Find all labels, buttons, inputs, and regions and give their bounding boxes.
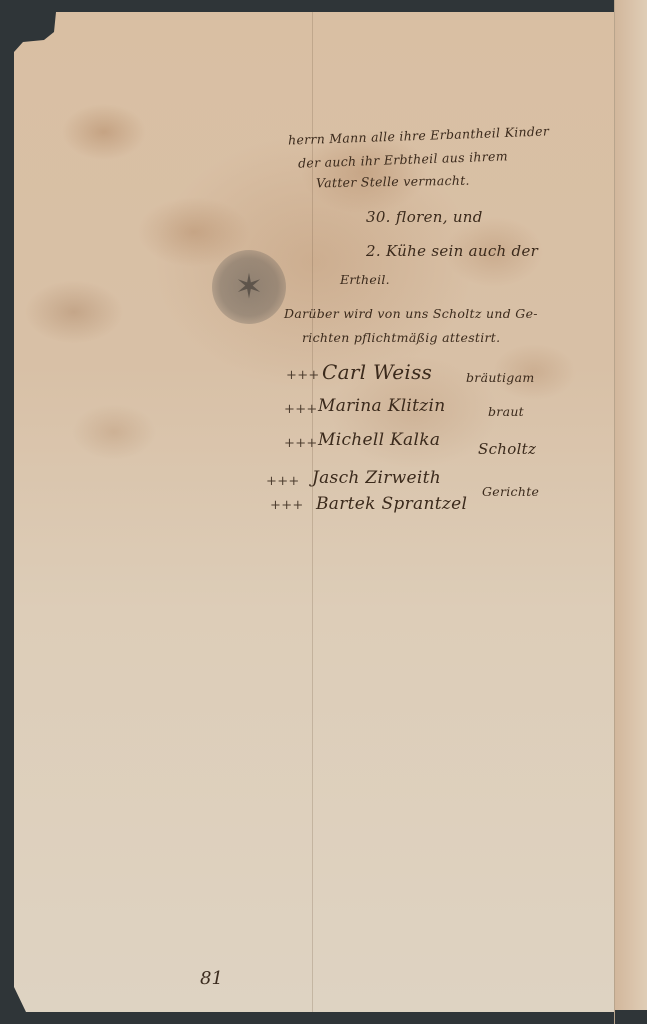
background-gap bbox=[615, 1010, 647, 1024]
wax-seal: ✶ bbox=[212, 250, 286, 324]
cross-marks: +++ bbox=[284, 402, 318, 417]
body-line-3: Vatter Stelle vermacht. bbox=[316, 173, 470, 191]
signature-role: braut bbox=[488, 404, 524, 419]
signature-name: Bartek Sprantzel bbox=[316, 494, 467, 514]
adjacent-page-edge bbox=[614, 0, 647, 1024]
body-line-5: 2. Kühe sein auch der bbox=[366, 242, 538, 260]
body-line-4: 30. floren, und bbox=[366, 208, 483, 226]
signature-role: Scholtz bbox=[478, 440, 536, 458]
cross-marks: +++ bbox=[266, 474, 300, 489]
signature-name: Jasch Zirweith bbox=[312, 468, 441, 488]
signature-name: Carl Weiss bbox=[322, 360, 432, 384]
cross-marks: +++ bbox=[270, 498, 304, 513]
signature-name: Michell Kalka bbox=[318, 430, 440, 450]
cross-marks: +++ bbox=[286, 368, 320, 383]
attestation-line-2: richten pflichtmäßig attestirt. bbox=[302, 330, 500, 345]
wax-seal-icon: ✶ bbox=[212, 250, 286, 324]
attestation-line-1: Darüber wird von uns Scholtz und Ge- bbox=[284, 306, 538, 321]
signature-name: Marina Klitzin bbox=[318, 396, 446, 416]
folio-number: 81 bbox=[200, 968, 223, 989]
signature-role: bräutigam bbox=[466, 370, 535, 385]
body-line-6: Ertheil. bbox=[340, 272, 390, 287]
cross-marks: +++ bbox=[284, 436, 318, 451]
signature-role: Gerichte bbox=[482, 484, 539, 499]
